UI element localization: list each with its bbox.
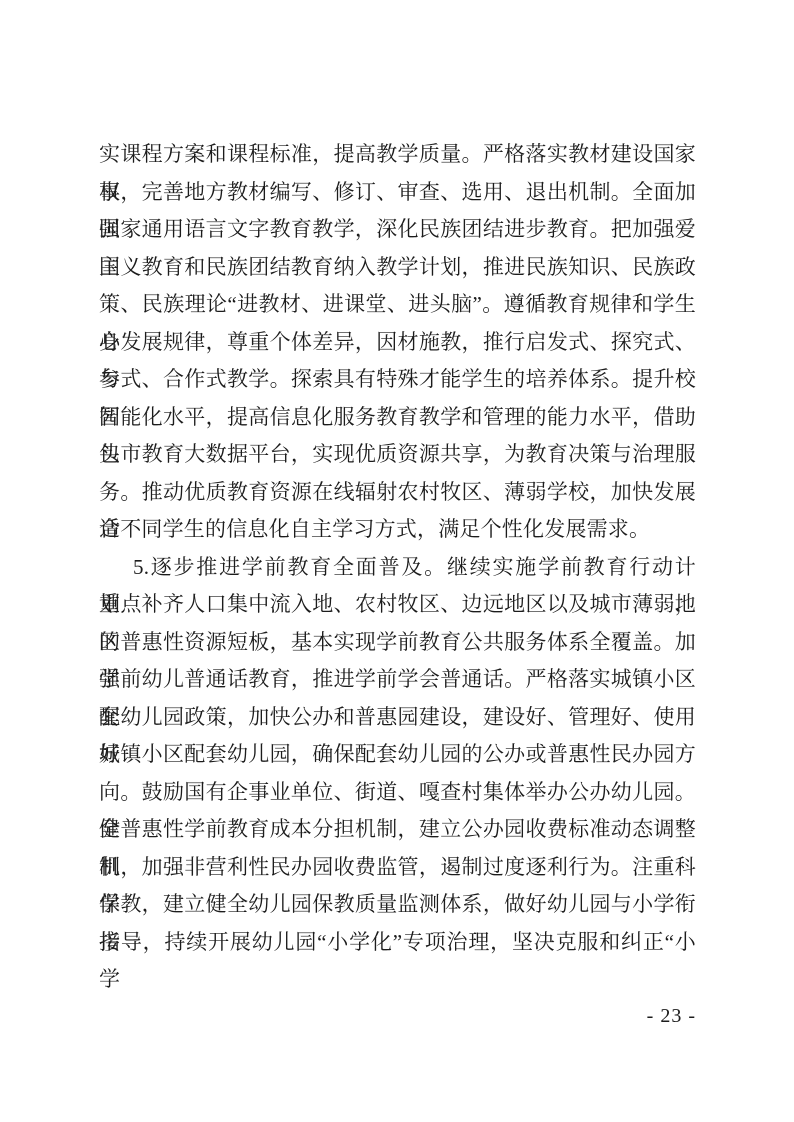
text-line: 城镇小区配套幼儿园，确保配套幼儿园的公办或普惠性民办园方 bbox=[99, 736, 696, 774]
text-line: 学前幼儿普通话教育，推进学前学会普通话。严格落实城镇小区配 bbox=[99, 661, 696, 699]
page-number: - 23 - bbox=[496, 1005, 696, 1028]
document-page: 实课程方案和课程标准，提高教学质量。严格落实教材建设国家事权，完善地方教材编写、… bbox=[0, 0, 794, 1122]
text-line: 合不同学生的信息化自主学习方式，满足个性化发展需求。 bbox=[99, 511, 696, 549]
text-line: 保教，建立健全幼儿园保教质量监测体系，做好幼儿园与小学衔接 bbox=[99, 886, 696, 924]
text-line: 实课程方案和课程标准，提高教学质量。严格落实教材建设国家事 bbox=[99, 136, 696, 174]
text-line: 制，加强非营利性民办园收费监管，遏制过度逐利行为。注重科学 bbox=[99, 849, 696, 887]
text-line: 重点补齐人口集中流入地、农村牧区、边远地区以及城市薄弱地区 bbox=[99, 586, 696, 624]
text-line: 头市教育大数据平台，实现优质资源共享，为教育决策与治理服 bbox=[99, 436, 696, 474]
text-line: 权，完善地方教材编写、修订、审查、选用、退出机制。全面加强 bbox=[99, 174, 696, 212]
text-line: 套幼儿园政策，加快公办和普惠园建设，建设好、管理好、使用好 bbox=[99, 699, 696, 737]
text-line: 5.逐步推进学前教育全面普及。继续实施学前教育行动计划， bbox=[99, 549, 696, 587]
text-line: 指导，持续开展幼儿园“小学化”专项治理，坚决克服和纠正“小学 bbox=[99, 924, 696, 962]
text-line: 的普惠性资源短板，基本实现学前教育公共服务体系全覆盖。加强 bbox=[99, 624, 696, 662]
text-line: 全普惠性学前教育成本分担机制，建立公办园收费标准动态调整机 bbox=[99, 811, 696, 849]
text-line: 智能化水平，提高信息化服务教育教学和管理的能力水平，借助包 bbox=[99, 399, 696, 437]
text-line: 务。推动优质教育资源在线辐射农村牧区、薄弱学校，加快发展适 bbox=[99, 474, 696, 512]
text-line: 主义教育和民族团结教育纳入教学计划，推进民族知识、民族政 bbox=[99, 249, 696, 287]
text-line: 与式、合作式教学。探索具有特殊才能学生的培养体系。提升校园 bbox=[99, 361, 696, 399]
text-line: 策、民族理论“进教材、进课堂、进头脑”。遵循教育规律和学生身 bbox=[99, 286, 696, 324]
text-block: 实课程方案和课程标准，提高教学质量。严格落实教材建设国家事权，完善地方教材编写、… bbox=[99, 136, 696, 961]
text-line: 国家通用语言文字教育教学，深化民族团结进步教育。把加强爱国 bbox=[99, 211, 696, 249]
text-line: 心发展规律，尊重个体差异，因材施教，推行启发式、探究式、参 bbox=[99, 324, 696, 362]
text-line: 向。鼓励国有企事业单位、街道、嘎查村集体举办公办幼儿园。健 bbox=[99, 774, 696, 812]
